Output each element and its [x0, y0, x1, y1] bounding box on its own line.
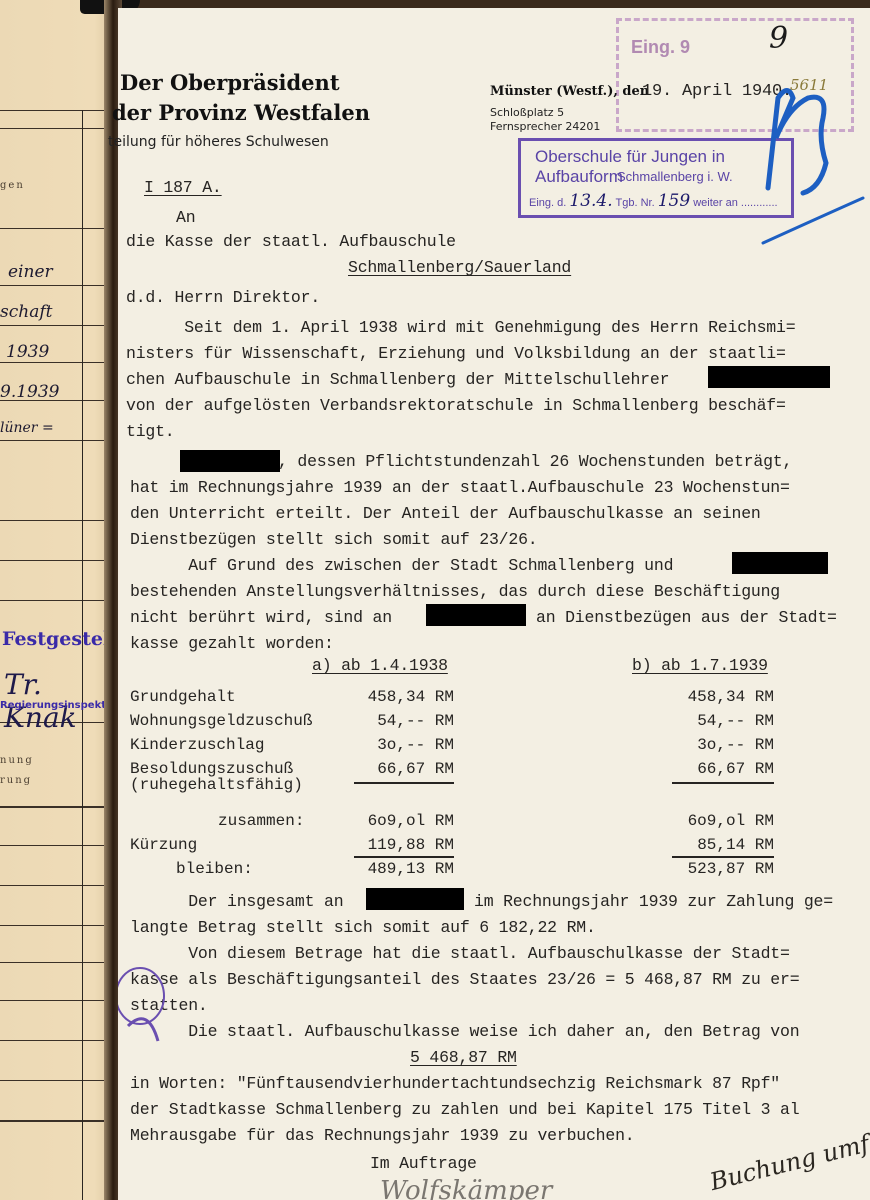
- handwritten-booking-note: Buchung umf.: [707, 1128, 870, 1196]
- table-cell-b: 458,34 RM: [618, 688, 774, 706]
- column-header-a: a) ab 1.4.1938: [312, 656, 448, 675]
- blue-pencil-mark-icon: [748, 78, 868, 248]
- letter-page: Eing. 9 9 Der Oberpräsident der Provinz …: [118, 8, 870, 1200]
- received-stamp-number: 9: [769, 21, 788, 56]
- body-p3-line4: kasse gezahlt worden:: [130, 634, 334, 653]
- handwritten-entry: 9.1939: [0, 382, 59, 402]
- form-rule: [0, 845, 118, 846]
- body-p2-line2: hat im Rechnungsjahre 1939 an der staatl…: [130, 478, 790, 497]
- addressee-line1: die Kasse der staatl. Aufbauschule: [126, 232, 456, 251]
- body-p3-line1: Auf Grund des zwischen der Stadt Schmall…: [130, 556, 673, 575]
- round-stamp-icon: [118, 966, 178, 1056]
- form-rule: [0, 1040, 118, 1041]
- form-rule: [0, 325, 118, 326]
- tgb-label: Tgb. Nr.: [616, 197, 655, 209]
- handwritten-entry: 1939: [6, 342, 49, 362]
- body-p1-line3: chen Aufbauschule in Schmallenberg der M…: [126, 370, 669, 389]
- table-cell-a: 489,13 RM: [298, 860, 454, 878]
- form-rule: [0, 1080, 118, 1081]
- handwritten-entry: lüner =: [0, 420, 54, 436]
- signature: Wolfskämper: [380, 1176, 552, 1200]
- column-header-b: b) ab 1.7.1939: [632, 656, 768, 675]
- festgestellt-subtitle: Regierungsinspektor: [0, 700, 118, 711]
- table-row-sublabel: (ruhegehaltsfähig): [130, 776, 303, 794]
- body-p2-line3: den Unterricht erteilt. Der Anteil der A…: [130, 504, 761, 523]
- letterhead-province: der Provinz Westfalen: [112, 100, 370, 125]
- form-label: nung: [0, 755, 34, 766]
- im-auftrage: Im Auftrage: [370, 1154, 477, 1173]
- letterhead-department: teilung für höheres Schulwesen: [108, 134, 329, 150]
- letterhead-title: Der Oberpräsident: [120, 70, 340, 95]
- address-street: Schloßplatz 5: [490, 106, 564, 119]
- table-cell-b: 54,-- RM: [618, 712, 774, 730]
- left-form-page: gen nung rung einer schaft 1939 9.1939 l…: [0, 0, 118, 1200]
- addressee-an: An: [176, 208, 195, 227]
- sum-rule-a: [354, 856, 454, 858]
- redaction-bar: [180, 450, 280, 472]
- tgb-value: 159: [658, 191, 690, 211]
- body-p3-line2: bestehenden Anstellungsverhältnisses, da…: [130, 582, 780, 601]
- table-cell-a: 458,34 RM: [298, 688, 454, 706]
- table-cell-a: 54,-- RM: [298, 712, 454, 730]
- form-rule: [0, 600, 118, 601]
- form-rule: [0, 228, 118, 229]
- form-rule: [0, 362, 118, 363]
- reference-number: I 187 A.: [144, 178, 222, 197]
- form-rule: [0, 925, 118, 926]
- table-row-label: bleiben:: [176, 860, 253, 878]
- eing-label: Eing. d.: [529, 197, 566, 209]
- closing-p4-line1: Der insgesamt an: [130, 892, 343, 911]
- body-p2-line4: Dienstbezügen stellt sich somit auf 23/2…: [130, 530, 537, 549]
- body-p1-line5: tigt.: [126, 422, 175, 441]
- table-row-label: zusammen:: [218, 812, 304, 830]
- form-rule: [0, 128, 118, 129]
- redaction-bar: [426, 604, 526, 626]
- table-cell-a: 3o,-- RM: [298, 736, 454, 754]
- form-rule: [0, 962, 118, 963]
- form-rule: [0, 1120, 118, 1122]
- address-phone: Fernsprecher 24201: [490, 120, 600, 133]
- table-row-label: Kinderzuschlag: [130, 736, 264, 754]
- closing-p6-line4: der Stadtkasse Schmallenberg zu zahlen u…: [130, 1100, 799, 1119]
- form-rule: [0, 560, 118, 561]
- addressee-line2: Schmallenberg/Sauerland: [348, 258, 571, 277]
- total-amount: 5 468,87 RM: [410, 1048, 517, 1067]
- form-rule: [0, 110, 118, 111]
- form-rule: [0, 806, 118, 808]
- closing-p4-line2: langte Betrag stellt sich somit auf 6 18…: [130, 918, 596, 937]
- closing-p6-line5: Mehrausgabe für das Rechnungsjahr 1939 z…: [130, 1126, 634, 1145]
- form-label: rung: [0, 775, 32, 786]
- closing-p4-line1b: im Rechnungsjahr 1939 zur Zahlung ge=: [474, 892, 833, 911]
- table-cell-a: 66,67 RM: [298, 760, 454, 778]
- table-row-label: Wohnungsgeldzuschuß: [130, 712, 312, 730]
- table-cell-b: 6o9,ol RM: [618, 812, 774, 830]
- form-rule: [0, 520, 118, 521]
- body-p1-line4: von der aufgelösten Verbandsrektoratschu…: [126, 396, 786, 415]
- closing-p5-line2: kasse als Beschäftigungsanteil des Staat…: [130, 970, 799, 989]
- closing-p6-words: in Worten: "Fünftausendvierhundertachtun…: [130, 1074, 780, 1093]
- redaction-bar: [366, 888, 464, 910]
- handwritten-entry: einer: [8, 262, 53, 282]
- table-row-label: Kürzung: [130, 836, 197, 854]
- body-p1-line1: Seit dem 1. April 1938 wird mit Genehmig…: [126, 318, 795, 337]
- form-rule: [0, 885, 118, 886]
- sum-rule-b: [672, 856, 774, 858]
- form-rule: [0, 440, 118, 441]
- body-p3-line3: nicht berührt wird, sind an: [130, 608, 392, 627]
- redaction-bar: [708, 366, 830, 388]
- eing-value: 13.4.: [569, 191, 612, 211]
- school-stamp-place: Schmallenberg i. W.: [617, 169, 733, 184]
- place-label: Münster (Westf.), den: [490, 84, 649, 99]
- closing-p5-line1: Von diesem Betrage hat die staatl. Aufba…: [130, 944, 790, 963]
- sum-rule-a: [354, 782, 454, 784]
- redaction-bar: [732, 552, 828, 574]
- body-p2-line1: , dessen Pflichtstundenzahl 26 Wochenstu…: [278, 452, 792, 471]
- form-label: gen: [0, 180, 25, 191]
- received-stamp-text: Eing. 9: [631, 37, 690, 58]
- form-column-line: [82, 110, 83, 1200]
- table-cell-b: 3o,-- RM: [618, 736, 774, 754]
- addressee-line3: d.d. Herrn Direktor.: [126, 288, 320, 307]
- closing-p6-line1: Die staatl. Aufbauschulkasse weise ich d…: [130, 1022, 799, 1041]
- body-p3-line3b: an Dienstbezügen aus der Stadt=: [536, 608, 837, 627]
- table-cell-b: 66,67 RM: [618, 760, 774, 778]
- table-cell-a: 119,88 RM: [298, 836, 454, 854]
- table-cell-b: 523,87 RM: [618, 860, 774, 878]
- form-rule: [0, 1000, 118, 1001]
- table-cell-b: 85,14 RM: [618, 836, 774, 854]
- form-rule: [0, 285, 118, 286]
- handwritten-entry: schaft: [0, 302, 52, 322]
- sum-rule-b: [672, 782, 774, 784]
- school-stamp-entry: Eing. d. 13.4. Tgb. Nr. 159 weiter an ..…: [529, 191, 778, 211]
- table-cell-a: 6o9,ol RM: [298, 812, 454, 830]
- body-p1-line2: nisters für Wissenschaft, Erziehung und …: [126, 344, 786, 363]
- table-row-label: Grundgehalt: [130, 688, 236, 706]
